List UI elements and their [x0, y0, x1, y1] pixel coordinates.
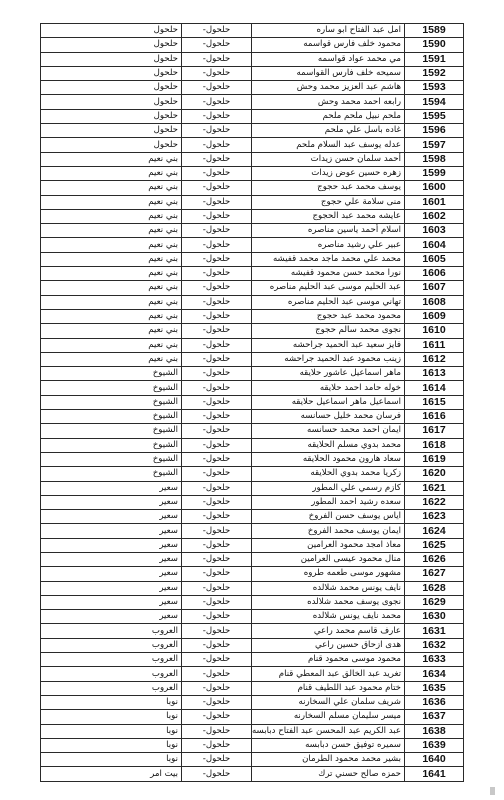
area-cell: نوبا [41, 724, 182, 738]
number-cell: 1638 [405, 724, 464, 738]
city-cell: حلحول- [182, 552, 252, 566]
table-row: حلحول حلحول- عدله يوسف عبد السلام ملحم 1… [41, 138, 464, 152]
area-cell: حلحول [41, 109, 182, 123]
number-cell: 1640 [405, 753, 464, 767]
number-cell: 1639 [405, 738, 464, 752]
table-row: سعير حلحول- محمد نايف يونس شلالده 1630 [41, 610, 464, 624]
number-cell: 1618 [405, 438, 464, 452]
name-cell: عارف قاسم محمد راعي [252, 624, 405, 638]
area-cell: الشيوخ [41, 395, 182, 409]
area-cell: سعير [41, 510, 182, 524]
name-cell: نايف يونس محمد شلالده [252, 581, 405, 595]
name-cell: منى سلامة علي حجوج [252, 195, 405, 209]
area-cell: العروب [41, 653, 182, 667]
name-cell: عبد الحليم موسى عبد الحليم مناصره [252, 281, 405, 295]
city-cell: حلحول- [182, 510, 252, 524]
area-cell: الشيوخ [41, 467, 182, 481]
number-cell: 1591 [405, 52, 464, 66]
city-cell: حلحول- [182, 695, 252, 709]
table-row: سعير حلحول- منال محمود عيسى العرامين 162… [41, 552, 464, 566]
city-cell: حلحول- [182, 595, 252, 609]
number-cell: 1612 [405, 352, 464, 366]
number-cell: 1632 [405, 638, 464, 652]
number-cell: 1590 [405, 38, 464, 52]
name-cell: معاذ امجد محمود العرامين [252, 538, 405, 552]
name-cell: ميسر سليمان مسلم السخارنه [252, 710, 405, 724]
area-cell: سعير [41, 552, 182, 566]
name-cell: منال محمود عيسى العرامين [252, 552, 405, 566]
name-cell: بشير محمد محمود الطرمان [252, 753, 405, 767]
table-row: العروب حلحول- عارف قاسم محمد راعي 1631 [41, 624, 464, 638]
city-cell: حلحول- [182, 381, 252, 395]
table-row: بني نعيم حلحول- تهاني موسى عبد الحليم من… [41, 295, 464, 309]
name-cell: ايمان احمد محمد حسانسه [252, 424, 405, 438]
name-cell: شريف سلمان علي السخارنه [252, 695, 405, 709]
area-cell: سعير [41, 581, 182, 595]
area-cell: بني نعيم [41, 309, 182, 323]
table-row: الشيوخ حلحول- ماهر اسماعيل عاشور حلايقه … [41, 367, 464, 381]
table-row: نوبا حلحول- سميره توفيق حسن دبابسه 1639 [41, 738, 464, 752]
city-cell: حلحول- [182, 138, 252, 152]
number-cell: 1606 [405, 267, 464, 281]
name-cell: ملحم نبيل ملحم ملحم [252, 109, 405, 123]
number-cell: 1622 [405, 495, 464, 509]
table-row: بني نعيم حلحول- نجوى محمد سالم حجوج 1610 [41, 324, 464, 338]
number-cell: 1592 [405, 66, 464, 80]
number-cell: 1631 [405, 624, 464, 638]
area-cell: سعير [41, 495, 182, 509]
table-row: بني نعيم حلحول- زينب محمود عبد الحميد جر… [41, 352, 464, 366]
area-cell: العروب [41, 681, 182, 695]
number-cell: 1608 [405, 295, 464, 309]
city-cell: حلحول- [182, 81, 252, 95]
name-cell: نجوى محمد سالم حجوج [252, 324, 405, 338]
name-cell: نجوى يوسف محمد شلالده [252, 595, 405, 609]
city-cell: حلحول- [182, 738, 252, 752]
area-cell: الشيوخ [41, 367, 182, 381]
table-row: الشيوخ حلحول- محمد بدوي مسلم الحلايقه 16… [41, 438, 464, 452]
city-cell: حلحول- [182, 653, 252, 667]
table-row: سعير حلحول- مشهور موسى طعمه طروه 1627 [41, 567, 464, 581]
area-cell: العروب [41, 638, 182, 652]
area-cell: بني نعيم [41, 166, 182, 180]
city-cell: حلحول- [182, 724, 252, 738]
area-cell: العروب [41, 624, 182, 638]
name-cell: زهره حسين عوض زيدات [252, 166, 405, 180]
city-cell: حلحول- [182, 495, 252, 509]
page-mark [490, 787, 495, 795]
city-cell: حلحول- [182, 267, 252, 281]
city-cell: حلحول- [182, 667, 252, 681]
number-cell: 1629 [405, 595, 464, 609]
name-cell: محمود خلف فارس قواسمه [252, 38, 405, 52]
area-cell: بني نعيم [41, 224, 182, 238]
table-row: حلحول حلحول- هاشم عبد العزيز محمد وحش 15… [41, 81, 464, 95]
name-cell: سعاد هارون محمود الحلايقه [252, 452, 405, 466]
city-cell: حلحول- [182, 352, 252, 366]
city-cell: حلحول- [182, 252, 252, 266]
table-row: بني نعيم حلحول- محمود محمد عبد حجوج 1609 [41, 309, 464, 323]
table-row: بني نعيم حلحول- يوسف محمد عبد حجوج 1600 [41, 181, 464, 195]
city-cell: حلحول- [182, 481, 252, 495]
name-cell: محمد نايف يونس شلالده [252, 610, 405, 624]
city-cell: حلحول- [182, 610, 252, 624]
area-cell: بني نعيم [41, 324, 182, 338]
city-cell: حلحول- [182, 281, 252, 295]
number-cell: 1621 [405, 481, 464, 495]
table-row: بني نعيم حلحول- فايز سعيد عبد الحميد جرا… [41, 338, 464, 352]
city-cell: حلحول- [182, 124, 252, 138]
number-cell: 1589 [405, 24, 464, 38]
area-cell: بني نعيم [41, 281, 182, 295]
area-cell: الشيوخ [41, 410, 182, 424]
table-row: بني نعيم حلحول- عايشه محمد عبد الحجوج 16… [41, 209, 464, 223]
table-row: بني نعيم حلحول- عبير علي رشيد مناصره 160… [41, 238, 464, 252]
city-cell: حلحول- [182, 452, 252, 466]
table-row: حلحول حلحول- سميحه خلف فارس القواسمه 159… [41, 66, 464, 80]
number-cell: 1594 [405, 95, 464, 109]
name-cell: زكريا محمد بدوي الحلايقه [252, 467, 405, 481]
name-cell: امل عبد الفتاح ابو ساره [252, 24, 405, 38]
table-row: سعير حلحول- معاذ امجد محمود العرامين 162… [41, 538, 464, 552]
table-row: الشيوخ حلحول- ايمان احمد محمد حسانسه 161… [41, 424, 464, 438]
table-row: بني نعيم حلحول- محمد علي محمد ماجد محمد … [41, 252, 464, 266]
area-cell: بني نعيم [41, 181, 182, 195]
area-cell: سعير [41, 610, 182, 624]
table-row: سعير حلحول- سعده رشيد احمد المطور 1622 [41, 495, 464, 509]
number-cell: 1636 [405, 695, 464, 709]
city-cell: حلحول- [182, 95, 252, 109]
number-cell: 1634 [405, 667, 464, 681]
number-cell: 1603 [405, 224, 464, 238]
name-cell: هدى ازحاق حسين راعي [252, 638, 405, 652]
city-cell: حلحول- [182, 166, 252, 180]
area-cell: حلحول [41, 81, 182, 95]
number-cell: 1624 [405, 524, 464, 538]
table-row: بني نعيم حلحول- أحمد سلمان حسن زيدات 159… [41, 152, 464, 166]
number-cell: 1601 [405, 195, 464, 209]
city-cell: حلحول- [182, 224, 252, 238]
table-row: حلحول حلحول- غاده باسل علي ملحم 1596 [41, 124, 464, 138]
name-cell: اسماعيل ماهر اسماعيل حلايقه [252, 395, 405, 409]
number-cell: 1617 [405, 424, 464, 438]
name-cell: ماهر اسماعيل عاشور حلايقه [252, 367, 405, 381]
number-cell: 1620 [405, 467, 464, 481]
area-cell: سعير [41, 538, 182, 552]
name-cell: نورا محمد حسن محمود قفيشه [252, 267, 405, 281]
number-cell: 1626 [405, 552, 464, 566]
number-cell: 1615 [405, 395, 464, 409]
area-cell: بني نعيم [41, 267, 182, 281]
area-cell: بني نعيم [41, 195, 182, 209]
area-cell: نوبا [41, 738, 182, 752]
area-cell: حلحول [41, 124, 182, 138]
city-cell: حلحول- [182, 338, 252, 352]
number-cell: 1627 [405, 567, 464, 581]
city-cell: حلحول- [182, 195, 252, 209]
city-cell: حلحول- [182, 109, 252, 123]
table-row: الشيوخ حلحول- زكريا محمد بدوي الحلايقه 1… [41, 467, 464, 481]
area-cell: الشيوخ [41, 381, 182, 395]
table-row: سعير حلحول- نايف يونس محمد شلالده 1628 [41, 581, 464, 595]
area-cell: بني نعيم [41, 238, 182, 252]
table-row: الشيوخ حلحول- فرسان محمد خليل حسانسه 161… [41, 410, 464, 424]
city-cell: حلحول- [182, 209, 252, 223]
table-row: نوبا حلحول- بشير محمد محمود الطرمان 1640 [41, 753, 464, 767]
city-cell: حلحول- [182, 567, 252, 581]
city-cell: حلحول- [182, 467, 252, 481]
number-cell: 1614 [405, 381, 464, 395]
area-cell: بني نعيم [41, 252, 182, 266]
number-cell: 1633 [405, 653, 464, 667]
area-cell: حلحول [41, 24, 182, 38]
name-cell: سميره توفيق حسن دبابسه [252, 738, 405, 752]
city-cell: حلحول- [182, 710, 252, 724]
number-cell: 1593 [405, 81, 464, 95]
number-cell: 1598 [405, 152, 464, 166]
name-cell: حمزه صالح حسني ترك [252, 767, 405, 781]
name-cell: اياس يوسف حسن الفروخ [252, 510, 405, 524]
table-row: العروب حلحول- ختام محمود عبد اللطيف قنام… [41, 681, 464, 695]
area-cell: بيت امر [41, 767, 182, 781]
number-cell: 1605 [405, 252, 464, 266]
area-cell: نوبا [41, 695, 182, 709]
number-cell: 1616 [405, 410, 464, 424]
number-cell: 1637 [405, 710, 464, 724]
table-row: حلحول حلحول- مي محمد عواد قواسمه 1591 [41, 52, 464, 66]
area-cell: حلحول [41, 52, 182, 66]
city-cell: حلحول- [182, 52, 252, 66]
number-cell: 1595 [405, 109, 464, 123]
number-cell: 1630 [405, 610, 464, 624]
city-cell: حلحول- [182, 152, 252, 166]
city-cell: حلحول- [182, 524, 252, 538]
city-cell: حلحول- [182, 638, 252, 652]
number-cell: 1628 [405, 581, 464, 595]
city-cell: حلحول- [182, 410, 252, 424]
number-cell: 1596 [405, 124, 464, 138]
name-cell: ختام محمود عبد اللطيف قنام [252, 681, 405, 695]
table-row: العروب حلحول- تغريد عبد الخالق عبد المعط… [41, 667, 464, 681]
area-cell: حلحول [41, 138, 182, 152]
name-cell: يوسف محمد عبد حجوج [252, 181, 405, 195]
number-cell: 1635 [405, 681, 464, 695]
name-cell: اسلام أحمد ياسين مناصره [252, 224, 405, 238]
area-cell: نوبا [41, 710, 182, 724]
area-cell: بني نعيم [41, 295, 182, 309]
table-row: حلحول حلحول- ملحم نبيل ملحم ملحم 1595 [41, 109, 464, 123]
name-cell: غاده باسل علي ملحم [252, 124, 405, 138]
table-row: حلحول حلحول- امل عبد الفتاح ابو ساره 158… [41, 24, 464, 38]
table-row: الشيوخ حلحول- خوله حامد احمد حلايقه 1614 [41, 381, 464, 395]
name-cell: فايز سعيد عبد الحميد جراحشه [252, 338, 405, 352]
area-cell: نوبا [41, 753, 182, 767]
city-cell: حلحول- [182, 395, 252, 409]
city-cell: حلحول- [182, 538, 252, 552]
name-cell: هاشم عبد العزيز محمد وحش [252, 81, 405, 95]
table-row: سعير حلحول- نجوى يوسف محمد شلالده 1629 [41, 595, 464, 609]
area-cell: العروب [41, 667, 182, 681]
number-cell: 1607 [405, 281, 464, 295]
city-cell: حلحول- [182, 424, 252, 438]
city-cell: حلحول- [182, 367, 252, 381]
name-cell: أحمد سلمان حسن زيدات [252, 152, 405, 166]
city-cell: حلحول- [182, 309, 252, 323]
area-cell: الشيوخ [41, 452, 182, 466]
area-cell: بني نعيم [41, 338, 182, 352]
area-cell: بني نعيم [41, 152, 182, 166]
area-cell: سعير [41, 524, 182, 538]
table-row: الشيوخ حلحول- اسماعيل ماهر اسماعيل حلايق… [41, 395, 464, 409]
area-cell: الشيوخ [41, 424, 182, 438]
table-row: بني نعيم حلحول- منى سلامة علي حجوج 1601 [41, 195, 464, 209]
name-cell: عبير علي رشيد مناصره [252, 238, 405, 252]
name-cell: خوله حامد احمد حلايقه [252, 381, 405, 395]
number-cell: 1610 [405, 324, 464, 338]
name-cell: محمود موسى محمود قنام [252, 653, 405, 667]
name-cell: كازم رسمي علي المطور [252, 481, 405, 495]
number-cell: 1604 [405, 238, 464, 252]
table-body: حلحول حلحول- امل عبد الفتاح ابو ساره 158… [41, 24, 464, 782]
name-cell: تهاني موسى عبد الحليم مناصره [252, 295, 405, 309]
table-row: بني نعيم حلحول- اسلام أحمد ياسين مناصره … [41, 224, 464, 238]
name-cell: ايمان يوسف محمد الفروخ [252, 524, 405, 538]
number-cell: 1609 [405, 309, 464, 323]
name-cell: عدله يوسف عبد السلام ملحم [252, 138, 405, 152]
area-cell: بني نعيم [41, 209, 182, 223]
city-cell: حلحول- [182, 624, 252, 638]
name-cell: تغريد عبد الخالق عبد المعطي قنام [252, 667, 405, 681]
city-cell: حلحول- [182, 24, 252, 38]
number-cell: 1619 [405, 452, 464, 466]
number-cell: 1600 [405, 181, 464, 195]
table-row: العروب حلحول- محمود موسى محمود قنام 1633 [41, 653, 464, 667]
name-cell: زينب محمود عبد الحميد جراحشه [252, 352, 405, 366]
number-cell: 1611 [405, 338, 464, 352]
area-cell: بني نعيم [41, 352, 182, 366]
city-cell: حلحول- [182, 181, 252, 195]
table-row: الشيوخ حلحول- سعاد هارون محمود الحلايقه … [41, 452, 464, 466]
table-row: نوبا حلحول- شريف سلمان علي السخارنه 1636 [41, 695, 464, 709]
table-row: نوبا حلحول- ميسر سليمان مسلم السخارنه 16… [41, 710, 464, 724]
city-cell: حلحول- [182, 767, 252, 781]
table-row: سعير حلحول- كازم رسمي علي المطور 1621 [41, 481, 464, 495]
number-cell: 1599 [405, 166, 464, 180]
names-table: حلحول حلحول- امل عبد الفتاح ابو ساره 158… [40, 23, 464, 782]
name-cell: سميحه خلف فارس القواسمه [252, 66, 405, 80]
name-cell: رابعه احمد محمد وحش [252, 95, 405, 109]
name-cell: مي محمد عواد قواسمه [252, 52, 405, 66]
number-cell: 1641 [405, 767, 464, 781]
name-cell: محمد بدوي مسلم الحلايقه [252, 438, 405, 452]
table-row: نوبا حلحول- عبد الكريم عبد المحسن عبد ال… [41, 724, 464, 738]
city-cell: حلحول- [182, 38, 252, 52]
name-cell: عبد الكريم عبد المحسن عبد الفتاح دبابسه [252, 724, 405, 738]
table-row: حلحول حلحول- رابعه احمد محمد وحش 1594 [41, 95, 464, 109]
name-cell: محمود محمد عبد حجوج [252, 309, 405, 323]
area-cell: سعير [41, 595, 182, 609]
area-cell: حلحول [41, 38, 182, 52]
table-row: بني نعيم حلحول- زهره حسين عوض زيدات 1599 [41, 166, 464, 180]
city-cell: حلحول- [182, 581, 252, 595]
city-cell: حلحول- [182, 295, 252, 309]
table-row: سعير حلحول- ايمان يوسف محمد الفروخ 1624 [41, 524, 464, 538]
table-row: بيت امر حلحول- حمزه صالح حسني ترك 1641 [41, 767, 464, 781]
area-cell: الشيوخ [41, 438, 182, 452]
name-cell: فرسان محمد خليل حسانسه [252, 410, 405, 424]
number-cell: 1623 [405, 510, 464, 524]
name-cell: مشهور موسى طعمه طروه [252, 567, 405, 581]
table-row: بني نعيم حلحول- نورا محمد حسن محمود قفيش… [41, 267, 464, 281]
table-row: بني نعيم حلحول- عبد الحليم موسى عبد الحل… [41, 281, 464, 295]
area-cell: حلحول [41, 95, 182, 109]
city-cell: حلحول- [182, 438, 252, 452]
table-row: سعير حلحول- اياس يوسف حسن الفروخ 1623 [41, 510, 464, 524]
number-cell: 1597 [405, 138, 464, 152]
area-cell: حلحول [41, 66, 182, 80]
number-cell: 1625 [405, 538, 464, 552]
name-cell: محمد علي محمد ماجد محمد قفيشه [252, 252, 405, 266]
name-cell: سعده رشيد احمد المطور [252, 495, 405, 509]
table-row: العروب حلحول- هدى ازحاق حسين راعي 1632 [41, 638, 464, 652]
city-cell: حلحول- [182, 238, 252, 252]
city-cell: حلحول- [182, 681, 252, 695]
name-cell: عايشه محمد عبد الحجوج [252, 209, 405, 223]
number-cell: 1613 [405, 367, 464, 381]
area-cell: سعير [41, 481, 182, 495]
area-cell: سعير [41, 567, 182, 581]
number-cell: 1602 [405, 209, 464, 223]
city-cell: حلحول- [182, 66, 252, 80]
city-cell: حلحول- [182, 324, 252, 338]
table-row: حلحول حلحول- محمود خلف فارس قواسمه 1590 [41, 38, 464, 52]
city-cell: حلحول- [182, 753, 252, 767]
